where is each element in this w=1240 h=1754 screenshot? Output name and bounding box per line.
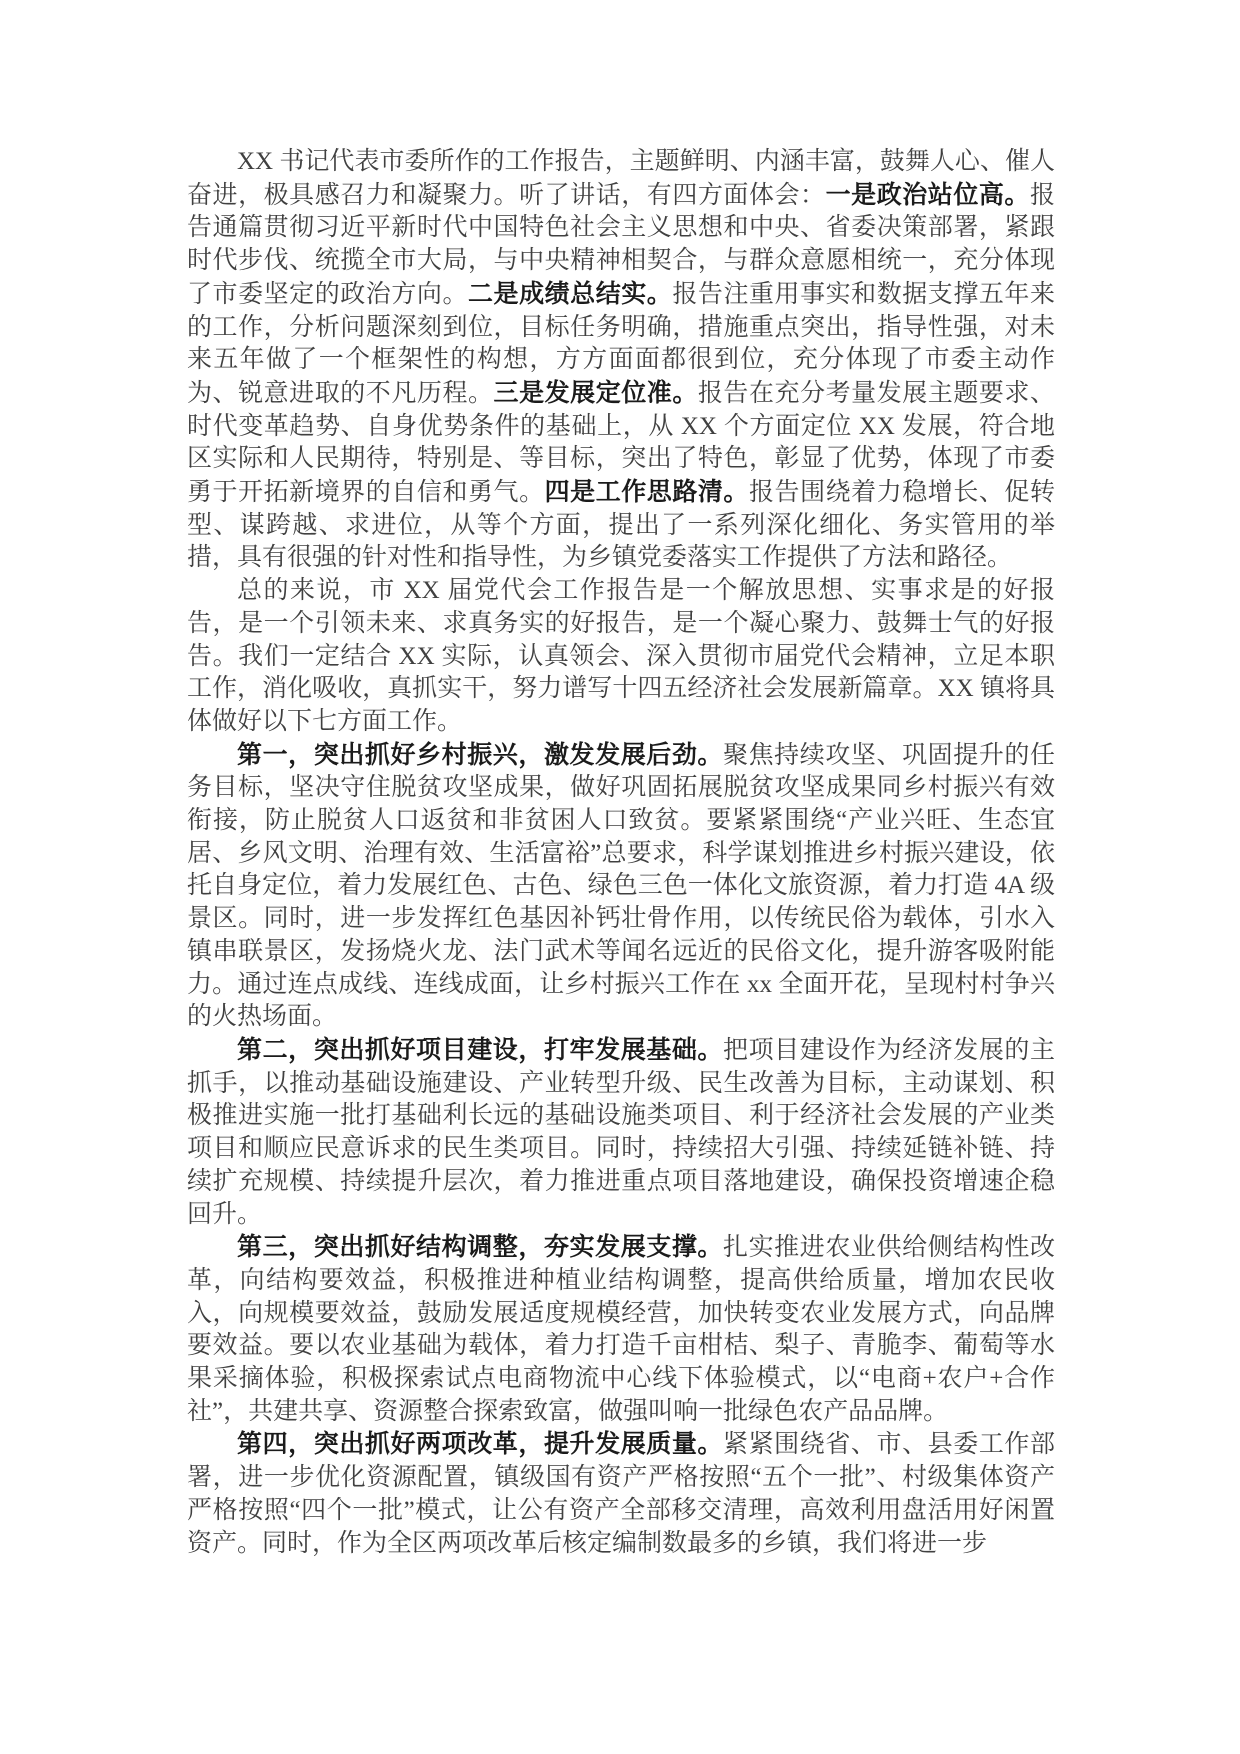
paragraph: 总的来说，市 XX 届党代会工作报告是一个解放思想、实事求是的好报告，是一个引领…	[187, 575, 1055, 739]
paragraph: 第四，突出抓好两项改革，提升发展质量。紧紧围绕省、市、县委工作部署，进一步优化资…	[187, 1428, 1055, 1560]
document-page: XX 书记代表市委所作的工作报告，主题鲜明、内涵丰富，鼓舞人心、催人奋进，极具感…	[0, 0, 1240, 1754]
paragraph-text: 扎实推进农业供给侧结构性改革，向结构要效益，积极推进种植业结构调整，提高供给质量…	[187, 1234, 1055, 1425]
paragraph-lead-bold: 第三，突出抓好结构调整，夯实发展支撑。	[237, 1233, 723, 1261]
paragraph: XX 书记代表市委所作的工作报告，主题鲜明、内涵丰富，鼓舞人心、催人奋进，极具感…	[187, 146, 1055, 575]
paragraph: 第一，突出抓好乡村振兴，激发发展后劲。聚焦持续攻坚、巩固提升的任务目标，坚决守住…	[187, 739, 1055, 1034]
paragraph-lead-bold: 第四，突出抓好两项改革，提升发展质量。	[237, 1430, 723, 1458]
paragraph-lead-bold: 第二，突出抓好项目建设，打牢发展基础。	[237, 1036, 723, 1064]
paragraph-lead-bold: 一是政治站位高。	[826, 181, 1030, 209]
paragraph-text: 总的来说，市 XX 届党代会工作报告是一个解放思想、实事求是的好报告，是一个引领…	[187, 577, 1055, 735]
paragraph-lead-bold: 四是工作思路清。	[545, 478, 749, 506]
paragraph-text: 聚焦持续攻坚、巩固提升的任务目标，坚决守住脱贫攻坚成果，做好巩固拓展脱贫攻坚成果…	[187, 742, 1055, 1031]
paragraph-text: 把项目建设作为经济发展的主抓手，以推动基础设施建设、产业转型升级、民生改善为目标…	[187, 1037, 1055, 1228]
document-body: XX 书记代表市委所作的工作报告，主题鲜明、内涵丰富，鼓舞人心、催人奋进，极具感…	[187, 146, 1055, 1560]
paragraph-lead-bold: 二是成绩总结实。	[468, 280, 672, 308]
paragraph: 第二，突出抓好项目建设，打牢发展基础。把项目建设作为经济发展的主抓手，以推动基础…	[187, 1034, 1055, 1231]
paragraph-lead-bold: 第一，突出抓好乡村振兴，激发发展后劲。	[237, 741, 723, 769]
paragraph-lead-bold: 三是发展定位准。	[494, 379, 698, 407]
paragraph: 第三，突出抓好结构调整，夯实发展支撑。扎实推进农业供给侧结构性改革，向结构要效益…	[187, 1231, 1055, 1428]
